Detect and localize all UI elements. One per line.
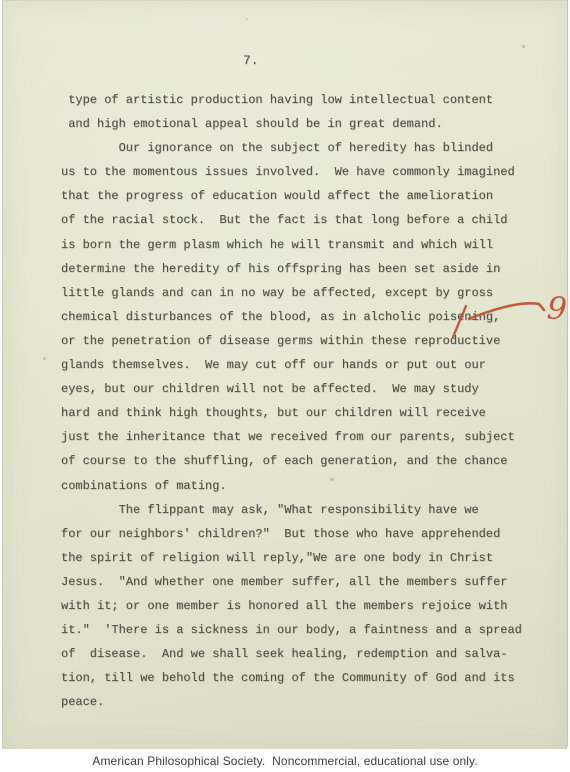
- attribution-bar: American Philosophical Society. Noncomme…: [0, 749, 570, 772]
- scanned-document: 7. type of artistic production having lo…: [0, 0, 570, 772]
- typed-line: with it; or one member is honored all th…: [61, 594, 547, 618]
- handwritten-correction-mark: 9: [546, 293, 568, 325]
- typed-line: glands themselves. We may cut off our ha…: [61, 353, 547, 377]
- paper-speck: [522, 45, 525, 48]
- typed-line: for our neighbors' children?" But those …: [61, 522, 547, 546]
- page-number: 7.: [243, 53, 259, 68]
- typed-line: that the progress of education would aff…: [61, 184, 547, 208]
- typed-line: and high emotional appeal should be in g…: [61, 112, 547, 136]
- typed-line: peace.: [61, 690, 547, 714]
- document-page: 7. type of artistic production having lo…: [2, 0, 568, 752]
- paper-speck: [246, 18, 248, 20]
- paper-speck: [43, 357, 46, 360]
- typed-line: it." 'There is a sickness in our body, a…: [61, 618, 547, 642]
- typed-line: tion, till we behold the coming of the C…: [61, 666, 547, 690]
- attribution-text: American Philosophical Society. Noncomme…: [92, 754, 477, 768]
- paper-speck: [330, 478, 334, 481]
- typed-line: combinations of mating.: [61, 474, 547, 498]
- typed-line: of course to the shuffling, of each gene…: [61, 449, 547, 473]
- typed-line: the spirit of religion will reply,"We ar…: [61, 546, 547, 570]
- typed-line: Our ignorance on the subject of heredity…: [61, 136, 547, 160]
- typed-line: The flippant may ask, "What responsibili…: [61, 498, 547, 522]
- typed-line: just the inheritance that we received fr…: [61, 425, 547, 449]
- typed-line: determine the heredity of his offspring …: [61, 257, 547, 281]
- typed-line: eyes, but our children will not be affec…: [61, 377, 547, 401]
- typed-text: type of artistic production having low i…: [61, 88, 547, 714]
- typed-line: of the racial stock. But the fact is tha…: [61, 208, 547, 232]
- typed-line: Jesus. "And whether one member suffer, a…: [61, 570, 547, 594]
- typed-line: type of artistic production having low i…: [61, 88, 547, 112]
- typed-line: of disease. And we shall seek healing, r…: [61, 642, 547, 666]
- typed-line: is born the germ plasm which he will tra…: [61, 233, 547, 257]
- typed-line: us to the momentous issues involved. We …: [61, 160, 547, 184]
- typed-line: hard and think high thoughts, but our ch…: [61, 401, 547, 425]
